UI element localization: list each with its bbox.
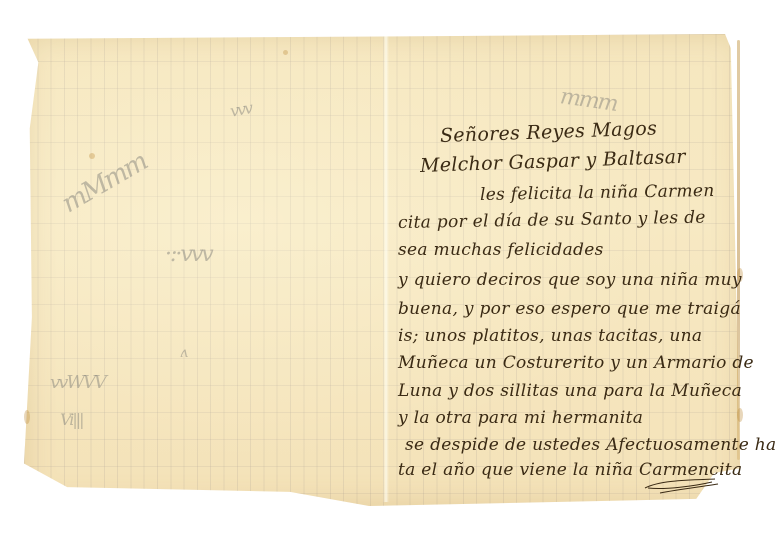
letter-line: Muñeca un Costurerito y un Armario de (398, 353, 754, 373)
signature-flourish (640, 476, 720, 496)
letter-line: sea muchas felicidades (398, 240, 604, 260)
letter-line: cita por el día de su Santo y les de (398, 208, 706, 233)
closing-line: se despide de ustedes Afectuosamente has (405, 435, 776, 455)
letter-line: les felicita la niña Carmen (480, 181, 715, 205)
salutation-line: Señores Reyes Magos (440, 117, 658, 147)
letter-line: y la otra para mi hermanita (398, 408, 643, 428)
letter-body: Señores Reyes Magos Melchor Gaspar y Bal… (0, 0, 776, 536)
letter-line: y quiero deciros que soy una niña muy (398, 270, 742, 290)
salutation-names-line: Melchor Gaspar y Baltasar (420, 146, 686, 177)
letter-line: buena, y por eso espero que me traigá (398, 299, 741, 319)
letter-line: is; unos platitos, unas tacitas, una (398, 326, 702, 346)
letter-line: Luna y dos sillitas una para la Muñeca (398, 381, 742, 401)
